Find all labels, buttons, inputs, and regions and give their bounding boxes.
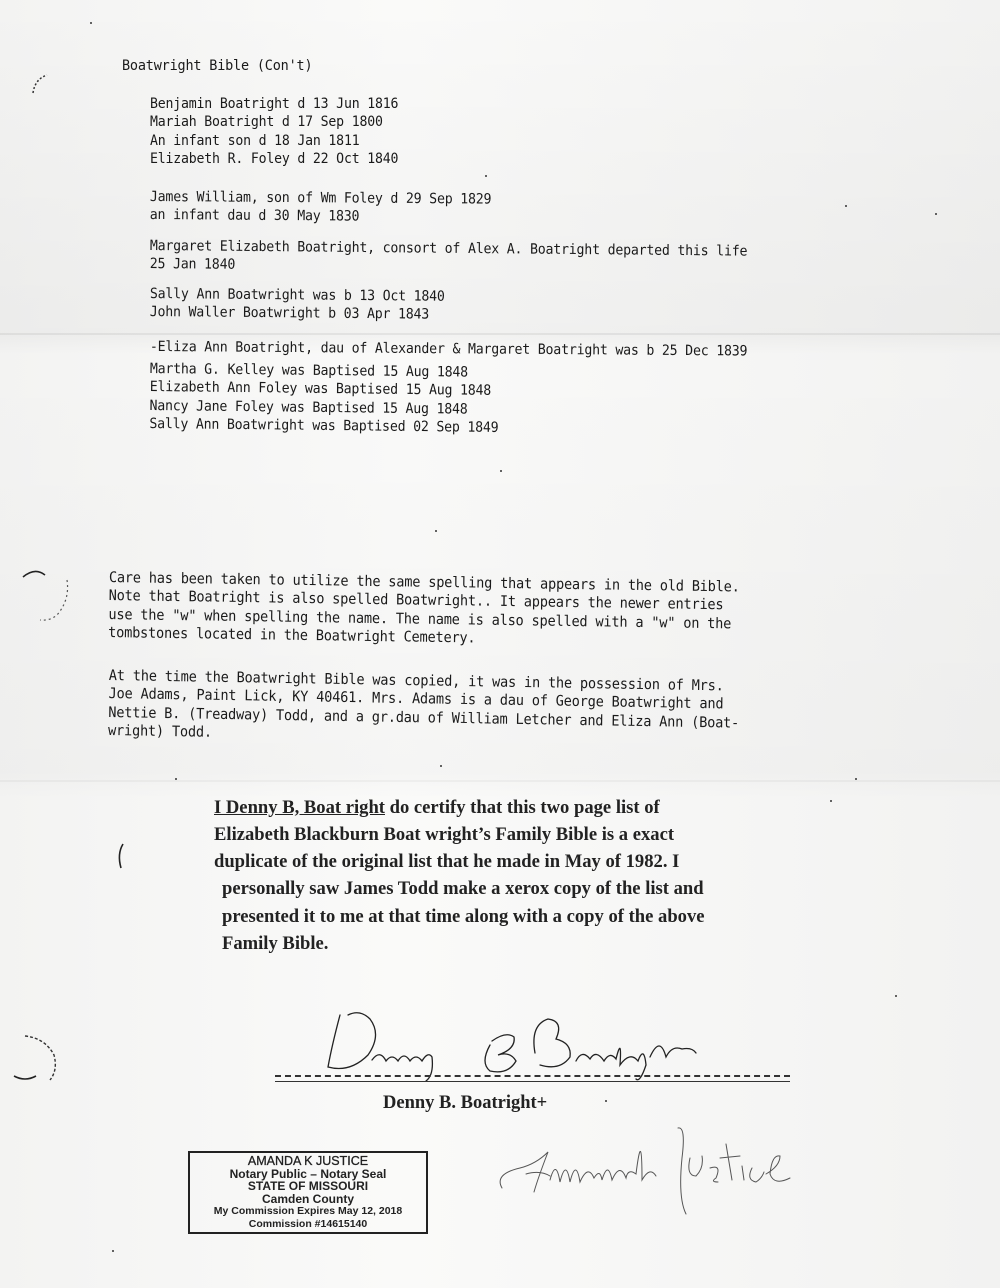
cert-line: presented it to me at that time along wi… bbox=[214, 903, 854, 930]
document-title: Boatwright Bible (Con't) bbox=[122, 57, 312, 76]
paper-fold-line bbox=[0, 333, 1000, 335]
entry-group-deaths: Benjamin Boatright d 13 Jun 1816 Mariah … bbox=[150, 95, 398, 169]
entry-group-baptisms: Martha G. Kelley was Baptised 15 Aug 184… bbox=[149, 360, 499, 438]
notary-expiry: My Commission Expires May 12, 2018 bbox=[190, 1205, 426, 1218]
scan-speck bbox=[485, 175, 487, 177]
signature-line bbox=[275, 1081, 790, 1082]
entry-line: -Eliza Ann Boatright, dau of Alexander &… bbox=[150, 338, 747, 361]
cert-line: Family Bible. bbox=[214, 930, 854, 957]
signature-line bbox=[275, 1075, 790, 1077]
scan-speck bbox=[855, 778, 857, 780]
hole-punch-mark bbox=[25, 65, 65, 105]
entry-group-foley: James William, son of Wm Foley d 29 Sep … bbox=[150, 188, 492, 227]
spelling-note-paragraph: Care has been taken to utilize the same … bbox=[108, 569, 909, 655]
certifier-name-underlined: I Denny B, Boat right bbox=[214, 797, 385, 818]
entry-line: Sally Ann Boatwright was Baptised 02 Sep… bbox=[149, 415, 498, 437]
scan-speck bbox=[935, 213, 937, 215]
notary-state: STATE OF MISSOURI bbox=[190, 1180, 426, 1193]
handwritten-signature-amanda bbox=[490, 1118, 810, 1218]
scan-speck bbox=[435, 530, 437, 532]
hole-punch-mark bbox=[15, 565, 75, 625]
scan-speck bbox=[845, 205, 847, 207]
entry-line: an infant dau d 30 May 1830 bbox=[150, 206, 491, 227]
scan-speck bbox=[175, 778, 177, 780]
entry-group-margaret: Margaret Elizabeth Boatright, consort of… bbox=[150, 237, 748, 280]
notary-commission-number: Commission #14615140 bbox=[190, 1218, 426, 1231]
scan-speck bbox=[500, 470, 502, 472]
scan-speck bbox=[605, 1100, 607, 1102]
handwritten-signature-denny bbox=[320, 1005, 720, 1085]
notary-name: AMANDA K JUSTICE bbox=[190, 1155, 426, 1168]
scan-speck bbox=[90, 22, 92, 24]
cert-line: personally saw James Todd make a xerox c… bbox=[214, 875, 854, 902]
entry-line: Benjamin Boatright d 13 Jun 1816 bbox=[150, 95, 398, 113]
cert-line: Elizabeth Blackburn Boat wright’s Family… bbox=[214, 821, 854, 848]
scan-speck bbox=[830, 800, 832, 802]
notary-county: Camden County bbox=[190, 1193, 426, 1206]
cert-line: duplicate of the original list that he m… bbox=[214, 848, 854, 875]
possession-note-paragraph: At the time the Boatwright Bible was cop… bbox=[108, 667, 909, 754]
scan-speck bbox=[112, 1250, 114, 1252]
notary-stamp: AMANDA K JUSTICE Notary Public – Notary … bbox=[188, 1151, 428, 1234]
entry-line: Elizabeth R. Foley d 22 Oct 1840 bbox=[150, 150, 398, 168]
hole-punch-mark bbox=[10, 1030, 60, 1090]
entry-line: John Waller Boatwright b 03 Apr 1843 bbox=[150, 303, 445, 324]
certification-statement: I Denny B, Boat right do certify that th… bbox=[214, 794, 854, 957]
paper-fold-line bbox=[0, 780, 1000, 782]
entry-line: An infant son d 18 Jan 1811 bbox=[150, 132, 398, 150]
signer-printed-name: Denny B. Boatright+ bbox=[383, 1093, 547, 1114]
scan-speck bbox=[895, 995, 897, 997]
hole-punch-mark bbox=[115, 840, 135, 880]
entry-group-births: Sally Ann Boatwright was b 13 Oct 1840 J… bbox=[150, 285, 445, 325]
entry-line: Mariah Boatright d 17 Sep 1800 bbox=[150, 113, 398, 131]
scan-speck bbox=[440, 765, 442, 767]
entry-group-eliza: -Eliza Ann Boatright, dau of Alexander &… bbox=[150, 338, 747, 361]
